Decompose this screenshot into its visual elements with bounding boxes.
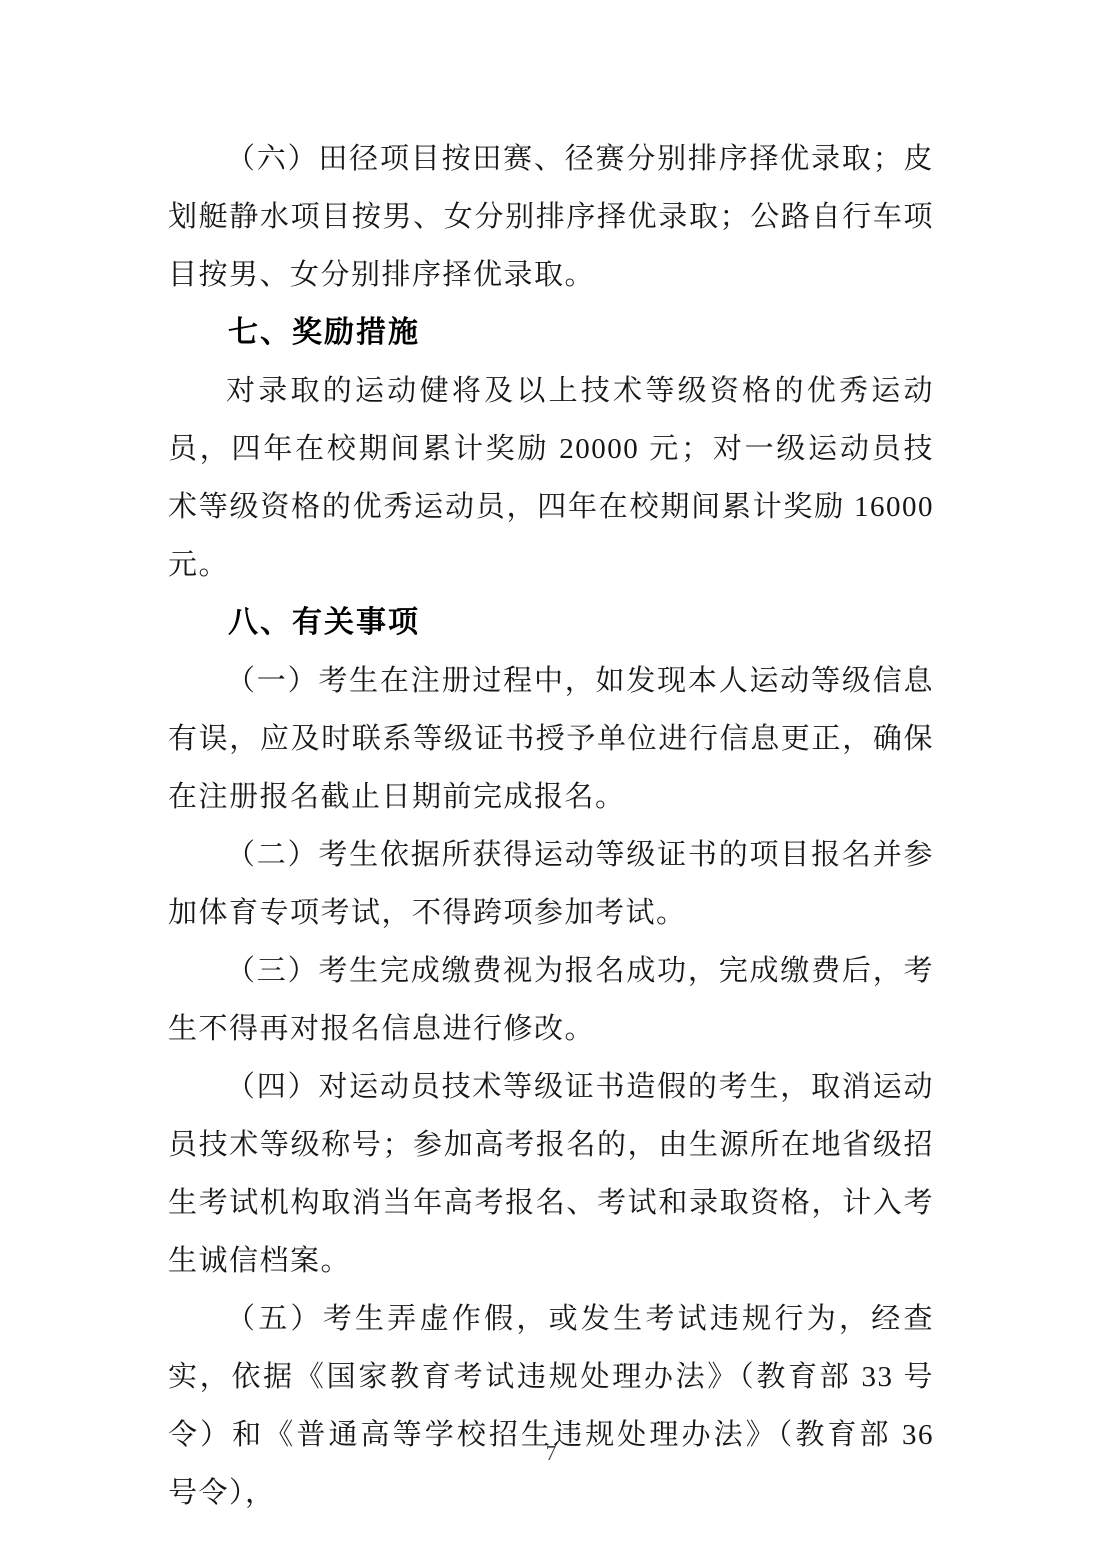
- body-paragraph: （六）田径项目按田赛、径赛分别排序择优录取；皮划艇静水项目按男、女分别排序择优录…: [168, 130, 934, 304]
- body-paragraph: 对录取的运动健将及以上技术等级资格的优秀运动员，四年在校期间累计奖励 20000…: [168, 362, 934, 594]
- section-heading: 七、奖励措施: [168, 304, 934, 362]
- document-content: （六）田径项目按田赛、径赛分别排序择优录取；皮划艇静水项目按男、女分别排序择优录…: [168, 130, 934, 1522]
- document-page: （六）田径项目按田赛、径赛分别排序择优录取；皮划艇静水项目按男、女分别排序择优录…: [0, 0, 1102, 1559]
- body-paragraph: （五）考生弄虚作假，或发生考试违规行为，经查实，依据《国家教育考试违规处理办法》…: [168, 1290, 934, 1522]
- body-paragraph: （四）对运动员技术等级证书造假的考生，取消运动员技术等级称号；参加高考报名的，由…: [168, 1058, 934, 1290]
- body-paragraph: （一）考生在注册过程中，如发现本人运动等级信息有误，应及时联系等级证书授予单位进…: [168, 652, 934, 826]
- body-paragraph: （三）考生完成缴费视为报名成功，完成缴费后，考生不得再对报名信息进行修改。: [168, 942, 934, 1058]
- page-number: 7: [0, 1440, 1102, 1466]
- body-paragraph: （二）考生依据所获得运动等级证书的项目报名并参加体育专项考试，不得跨项参加考试。: [168, 826, 934, 942]
- section-heading: 八、有关事项: [168, 594, 934, 652]
